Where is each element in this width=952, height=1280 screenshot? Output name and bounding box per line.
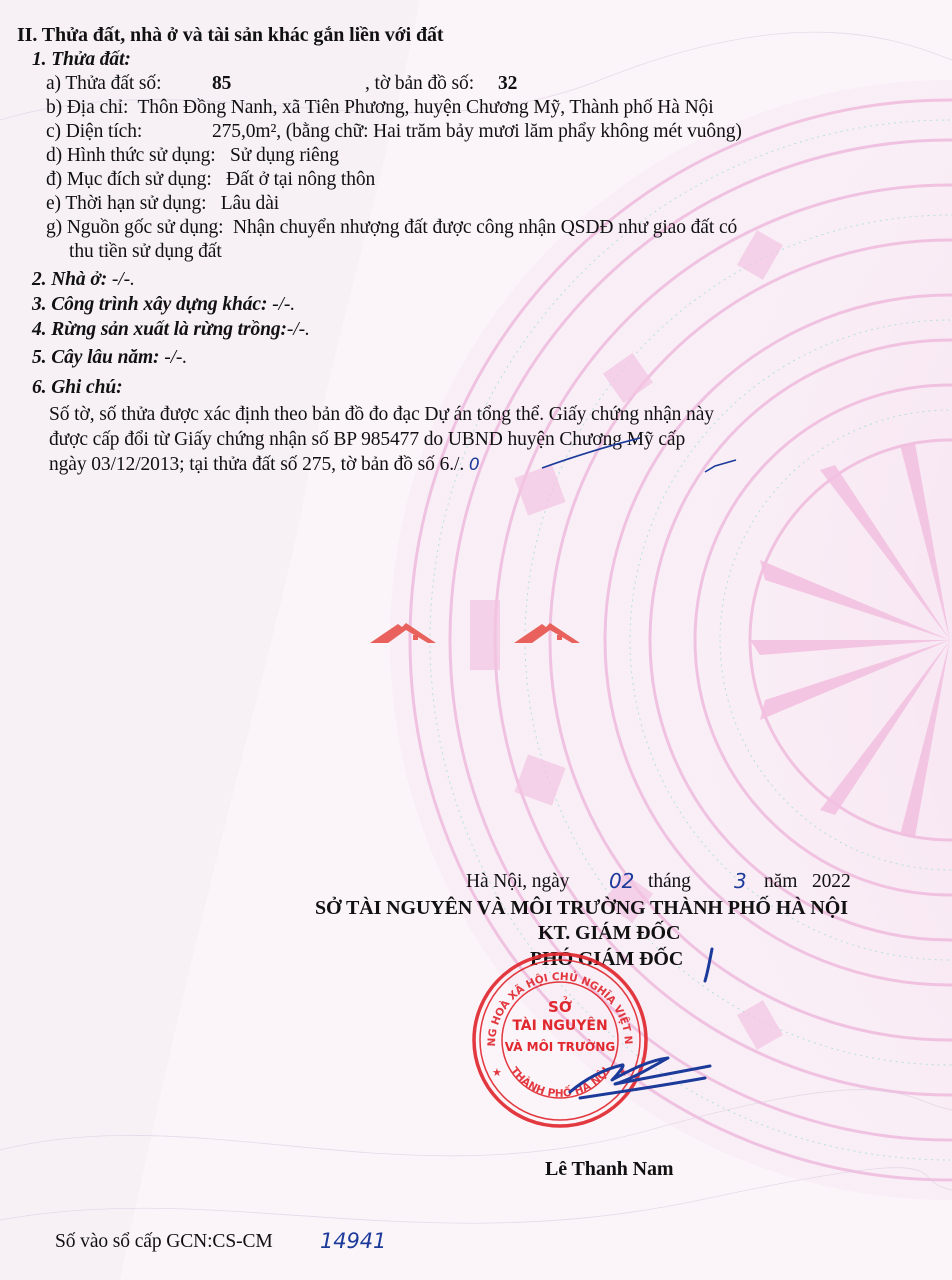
handwritten-initial: 0 (469, 455, 480, 475)
notes-line-3-text: ngày 03/12/2013; tại thửa đất số 275, tờ… (49, 454, 464, 475)
house-value: -/-. (112, 269, 135, 290)
house-roof-icon (512, 620, 582, 646)
land-heading: 1. Thửa đất: (32, 48, 131, 71)
registry-row: Số vào sổ cấp GCN:CS-CM 14941 (55, 1230, 273, 1253)
origin-continuation: thu tiền sử dụng đất (69, 240, 222, 263)
document-content: II. Thửa đất, nhà ở và tài sản khác gắn … (0, 0, 952, 1280)
place-date-line: Hà Nội, ngày 02 tháng 3 năm 2022 (466, 870, 569, 893)
other-construction-row: 3. Công trình xây dựng khác: -/-. (32, 293, 295, 316)
house-row: 2. Nhà ở: -/-. (32, 268, 135, 291)
other-construction-heading: 3. Công trình xây dựng khác: (32, 294, 267, 315)
signing-month: 3 (734, 870, 747, 893)
usage-form-row: d) Hình thức sử dụng: Sử dụng riêng (46, 144, 339, 167)
production-forest-row: 4. Rừng sản xuất là rừng trồng:-/-. (32, 318, 310, 341)
term-value: Lâu dài (221, 193, 279, 214)
year-label: năm (764, 870, 797, 893)
signing-year: 2022 (812, 870, 851, 893)
map-label: , tờ bản đồ số: (365, 72, 474, 95)
registry-label: Số vào sổ cấp GCN:CS-CM (55, 1231, 273, 1252)
parcel-number-row: a) Thửa đất số: 85 , tờ bản đồ số: 32 (46, 72, 161, 95)
registry-number: 14941 (320, 1230, 386, 1253)
address-label: b) Địa chỉ: (46, 97, 128, 118)
position-line-1: KT. GIÁM ĐỐC (538, 922, 680, 945)
signing-day: 02 (609, 870, 634, 893)
perennial-trees-row: 5. Cây lâu năm: -/-. (32, 346, 187, 369)
perennial-trees-value: -/-. (164, 347, 187, 368)
address-value: Thôn Đồng Nanh, xã Tiên Phương, huyện Ch… (138, 97, 714, 118)
other-construction-value: -/-. (272, 294, 295, 315)
production-forest-value: -/-. (287, 319, 310, 340)
perennial-trees-heading: 5. Cây lâu năm: (32, 347, 159, 368)
origin-label: g) Nguồn gốc sử dụng: (46, 217, 223, 238)
purpose-label: đ) Mục đích sử dụng: (46, 169, 212, 190)
area-row: c) Diện tích: 275,0m², (bằng chữ: Hai tr… (46, 120, 142, 143)
area-value: 275,0m², (bằng chữ: Hai trăm bảy mươi lă… (212, 120, 742, 143)
area-label: c) Diện tích: (46, 121, 142, 142)
map-number: 32 (498, 72, 517, 95)
origin-value: Nhận chuyển nhượng đất được công nhận QS… (233, 217, 737, 238)
usage-form-label: d) Hình thức sử dụng: (46, 145, 216, 166)
usage-form-value: Sử dụng riêng (230, 145, 339, 166)
notes-line-3: ngày 03/12/2013; tại thửa đất số 275, tờ… (49, 453, 480, 477)
purpose-row: đ) Mục đích sử dụng: Đất ở tại nông thôn (46, 168, 375, 191)
term-row: e) Thời hạn sử dụng: Lâu dài (46, 192, 279, 215)
production-forest-heading: 4. Rừng sản xuất là rừng trồng: (32, 319, 287, 340)
place-date-prefix: Hà Nội, ngày (466, 871, 569, 892)
parcel-number: 85 (212, 72, 231, 95)
parcel-label: a) Thửa đất số: (46, 73, 161, 94)
purpose-value: Đất ở tại nông thôn (226, 169, 375, 190)
seal-center-line-2: TÀI NGUYÊN (470, 1018, 650, 1034)
handwritten-check-mark (540, 420, 740, 480)
address-row: b) Địa chỉ: Thôn Đồng Nanh, xã Tiên Phươ… (46, 96, 714, 119)
house-heading: 2. Nhà ở: (32, 269, 107, 290)
term-label: e) Thời hạn sử dụng: (46, 193, 206, 214)
section-title: II. Thửa đất, nhà ở và tài sản khác gắn … (17, 24, 443, 47)
handwritten-signature (560, 1040, 720, 1100)
house-roof-icon (368, 620, 438, 646)
origin-row: g) Nguồn gốc sử dụng: Nhận chuyển nhượng… (46, 216, 737, 239)
notes-heading: 6. Ghi chú: (32, 376, 122, 399)
signature-tick (700, 945, 720, 985)
seal-center-line-1: SỞ (470, 998, 650, 1016)
issuing-authority: SỞ TÀI NGUYÊN VÀ MÔI TRƯỜNG THÀNH PHỐ HÀ… (315, 897, 848, 920)
month-label: tháng (648, 870, 691, 893)
signer-name: Lê Thanh Nam (545, 1158, 673, 1181)
seal-star-icon: ★ (492, 1066, 502, 1079)
